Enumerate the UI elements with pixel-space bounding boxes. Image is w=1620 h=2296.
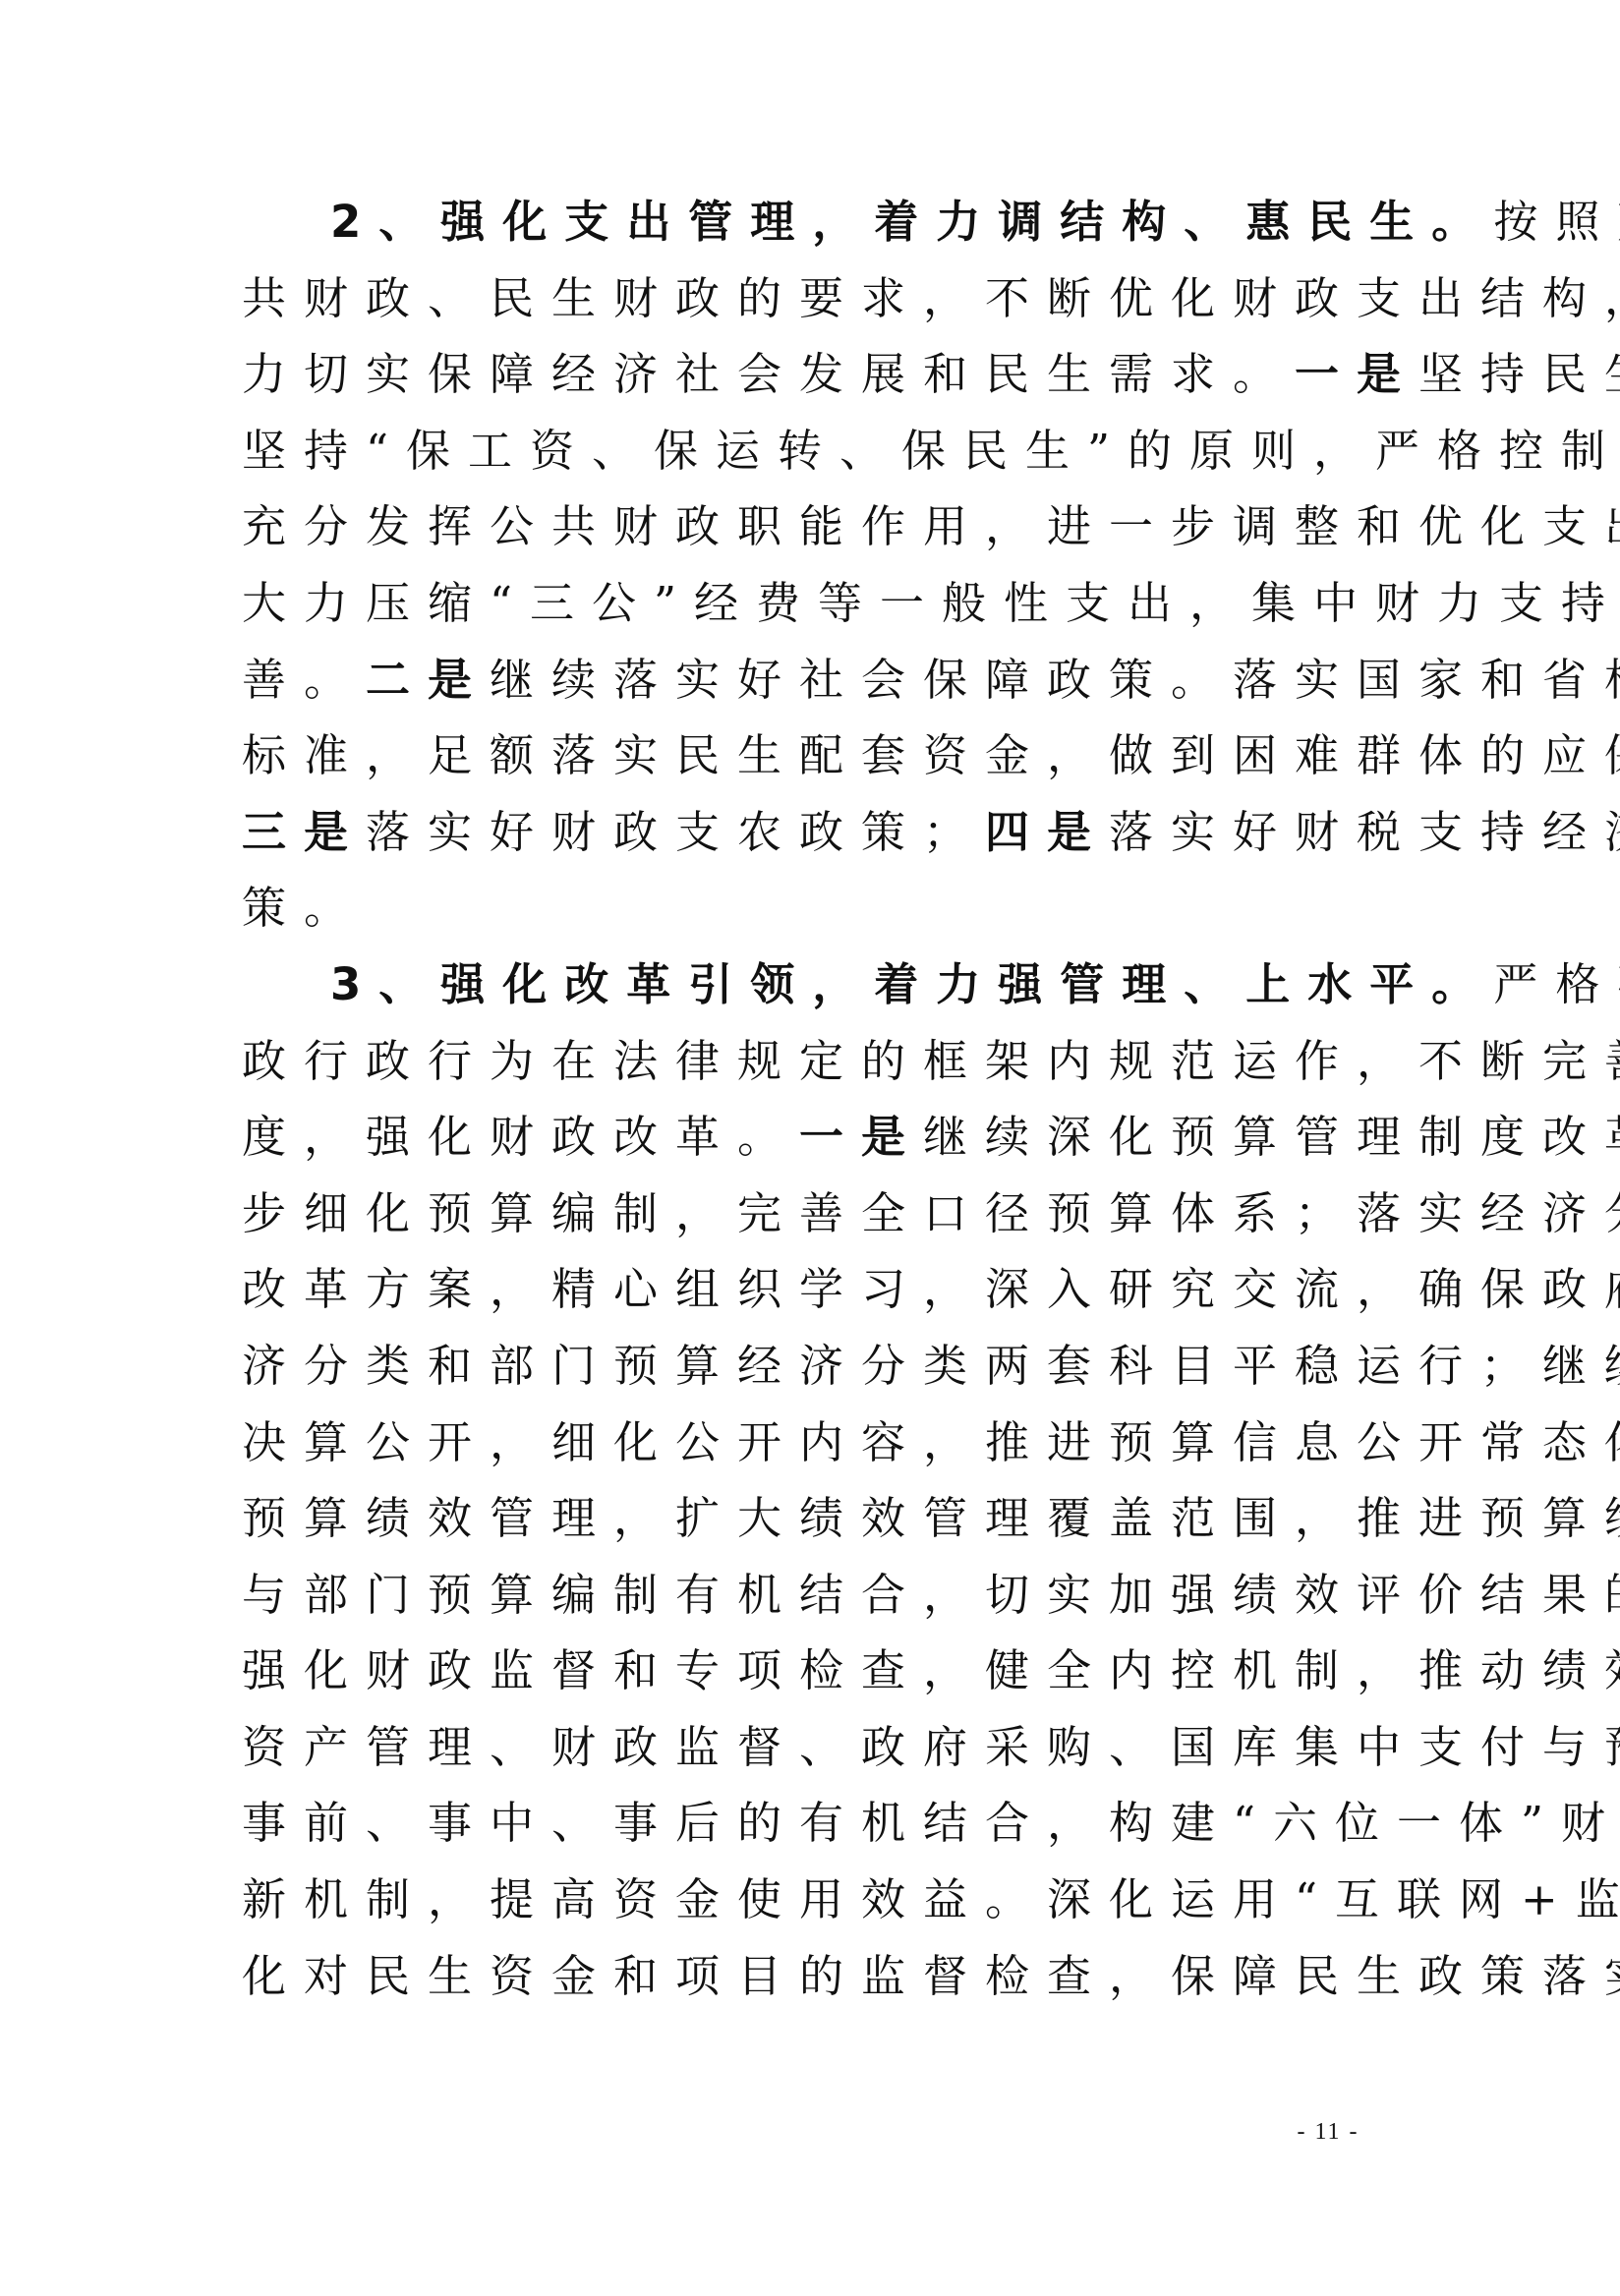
text-line: 力切实保障经济社会发展和民生需求。一是坚持民生优先。 — [242, 336, 1382, 413]
text-line: 大力压缩“三公”经费等一般性支出，集中财力支持民生改 — [242, 565, 1382, 642]
bold-phrase: 四是 — [985, 806, 1109, 858]
text-line: 与部门预算编制有机结合，切实加强绩效评价结果的应用。 — [242, 1557, 1382, 1634]
text-segment: 与部门预算编制有机结合，切实加强绩效评价结果的应用。 — [242, 1569, 1620, 1621]
text-segment: 充分发挥公共财政职能作用，进一步调整和优化支出结构， — [242, 500, 1620, 552]
text-segment: 大力压缩“三公”经费等一般性支出，集中财力支持民生改 — [242, 577, 1620, 629]
text-line: 资产管理、财政监督、政府采购、国库集中支付与预算管理 — [242, 1709, 1382, 1786]
text-segment: 改革方案，精心组织学习，深入研究交流，确保政府预算经 — [242, 1263, 1620, 1315]
text-segment: 按照建立公 — [1493, 196, 1620, 248]
text-segment: 预算绩效管理，扩大绩效管理覆盖范围，推进预算绩效管理 — [242, 1492, 1620, 1544]
text-line: 共财政、民生财政的要求，不断优化财政支出结构，集中财 — [242, 260, 1382, 337]
text-segment: 策。 — [242, 882, 366, 934]
text-segment: 资产管理、财政监督、政府采购、国库集中支付与预算管理 — [242, 1721, 1620, 1773]
text-segment: 继续深化预算管理制度改革。进一 — [923, 1111, 1620, 1163]
bold-phrase: 一是 — [799, 1111, 923, 1163]
text-segment: 强化财政监督和专项检查，健全内控机制，推动绩效评价、 — [242, 1644, 1620, 1696]
text-segment: 步细化预算编制，完善全口径预算体系；落实经济分类科目 — [242, 1187, 1620, 1239]
text-line: 改革方案，精心组织学习，深入研究交流，确保政府预算经 — [242, 1251, 1382, 1328]
text-segment: 坚持民生优先。 — [1418, 348, 1620, 400]
text-segment: 落实好财政支农政策； — [366, 806, 985, 858]
text-line: 预算绩效管理，扩大绩效管理覆盖范围，推进预算绩效管理 — [242, 1480, 1382, 1557]
text-line: 事前、事中、事后的有机结合，构建“六位一体”财政运行 — [242, 1785, 1382, 1862]
bold-phrase: 2、强化支出管理，着力调结构、惠民生。 — [330, 196, 1493, 248]
text-segment: 严格确保财 — [1493, 958, 1620, 1010]
bold-phrase: 三是 — [242, 806, 366, 858]
document-page: 2、强化支出管理，着力调结构、惠民生。按照建立公共财政、民生财政的要求，不断优化… — [0, 0, 1620, 2296]
paragraph-heading-line: 2、强化支出管理，着力调结构、惠民生。按照建立公 — [242, 184, 1382, 260]
text-line: 标准，足额落实民生配套资金，做到困难群体的应保尽保。 — [242, 717, 1382, 794]
text-line: 政行政行为在法律规定的框架内规范运作，不断完善财政制 — [242, 1023, 1382, 1100]
text-segment: 事前、事中、事后的有机结合，构建“六位一体”财政运行 — [242, 1797, 1620, 1849]
text-line: 充分发挥公共财政职能作用，进一步调整和优化支出结构， — [242, 488, 1382, 565]
text-segment: 标准，足额落实民生配套资金，做到困难群体的应保尽保。 — [242, 729, 1620, 781]
body-text: 2、强化支出管理，着力调结构、惠民生。按照建立公共财政、民生财政的要求，不断优化… — [242, 184, 1382, 2014]
text-line: 步细化预算编制，完善全口径预算体系；落实经济分类科目 — [242, 1176, 1382, 1252]
text-segment: 继续落实好社会保障政策。落实国家和省相关政策 — [490, 654, 1620, 706]
text-line: 济分类和部门预算经济分类两套科目平稳运行；继续抓好预 — [242, 1328, 1382, 1405]
bold-phrase: 一是 — [1295, 348, 1418, 400]
text-segment: 坚持“保工资、保运转、保民生”的原则，严格控制支出， — [242, 425, 1620, 477]
text-line: 三是落实好财政支农政策；四是落实好财税支持经济发展政 — [242, 794, 1382, 871]
text-line: 策。 — [242, 870, 1382, 947]
text-segment: 落实好财税支持经济发展政 — [1109, 806, 1620, 858]
text-line: 新机制，提高资金使用效益。深化运用“互联网+监督”，强 — [242, 1862, 1382, 1938]
text-segment: 共财政、民生财政的要求，不断优化财政支出结构，集中财 — [242, 272, 1620, 324]
text-line: 化对民生资金和项目的监督检查，保障民生政策落实到位， — [242, 1938, 1382, 2015]
text-segment: 化对民生资金和项目的监督检查，保障民生政策落实到位， — [242, 1950, 1620, 2002]
bold-phrase: 二是 — [366, 654, 490, 706]
paragraph-heading-line: 3、强化改革引领，着力强管理、上水平。严格确保财 — [242, 947, 1382, 1023]
text-segment: 度，强化财政改革。 — [242, 1111, 799, 1163]
text-line: 坚持“保工资、保运转、保民生”的原则，严格控制支出， — [242, 413, 1382, 489]
text-line: 强化财政监督和专项检查，健全内控机制，推动绩效评价、 — [242, 1633, 1382, 1709]
bold-phrase: 3、强化改革引领，着力强管理、上水平。 — [330, 958, 1493, 1010]
text-segment: 新机制，提高资金使用效益。深化运用“互联网+监督”，强 — [242, 1873, 1620, 1925]
text-segment: 济分类和部门预算经济分类两套科目平稳运行；继续抓好预 — [242, 1340, 1620, 1392]
text-segment: 决算公开，细化公开内容，推进预算信息公开常态化；深化 — [242, 1416, 1620, 1468]
text-segment: 善。 — [242, 654, 366, 706]
text-line: 度，强化财政改革。一是继续深化预算管理制度改革。进一 — [242, 1099, 1382, 1176]
text-segment: 力切实保障经济社会发展和民生需求。 — [242, 348, 1295, 400]
text-segment: 政行政行为在法律规定的框架内规范运作，不断完善财政制 — [242, 1035, 1620, 1087]
text-line: 善。二是继续落实好社会保障政策。落实国家和省相关政策 — [242, 642, 1382, 718]
page-number: - 11 - — [1296, 2119, 1360, 2146]
text-line: 决算公开，细化公开内容，推进预算信息公开常态化；深化 — [242, 1405, 1382, 1481]
